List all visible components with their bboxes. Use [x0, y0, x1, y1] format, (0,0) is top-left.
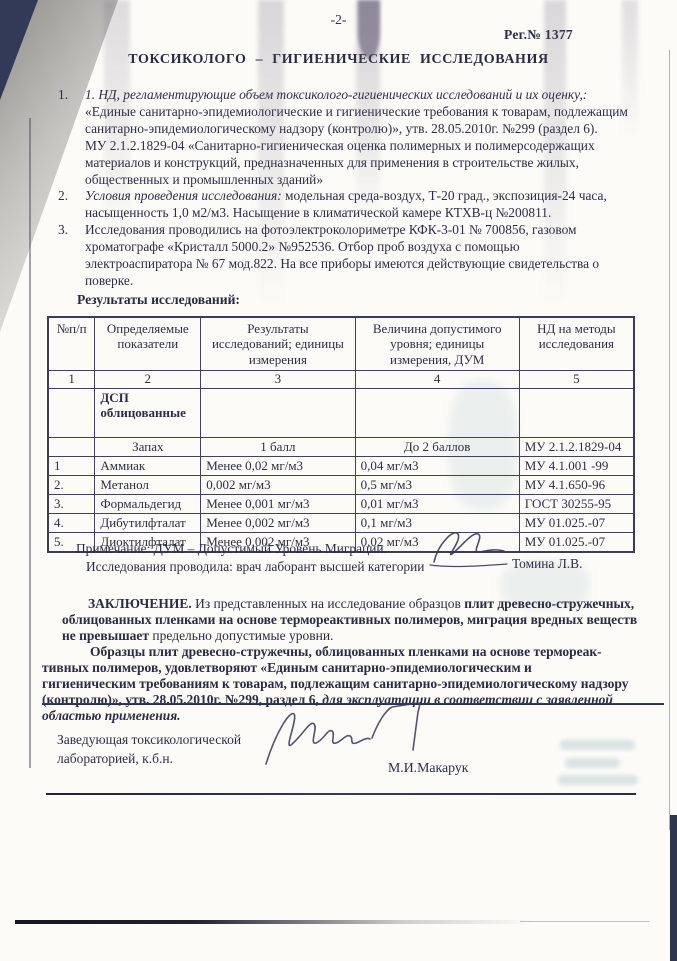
table-cell: 2. — [48, 476, 95, 495]
scan-streak — [358, 0, 380, 58]
table-cell — [355, 389, 519, 438]
note-block: Примечание: ДУМ – Допустимый Уровень Миг… — [76, 540, 424, 575]
list-item-marker: 2. — [58, 188, 85, 222]
table-cell — [48, 389, 95, 438]
table-cell: 3. — [48, 495, 95, 514]
table-cell: Дибутилфталат — [95, 514, 201, 533]
scan-left-edge-line — [29, 118, 31, 768]
table-cell: Аммиак — [95, 457, 201, 476]
list-item-body: Исследования проводились на фотоэлектрок… — [85, 222, 599, 288]
table-cell — [519, 389, 634, 438]
table-cell: До 2 баллов — [355, 438, 519, 457]
index-cell: 1 — [48, 371, 95, 389]
table-index-row: 1 2 3 4 5 — [48, 371, 634, 389]
table-cell: Формальдегид — [95, 495, 201, 514]
index-cell: 4 — [355, 371, 519, 389]
table-cell: 1 балл — [201, 438, 355, 457]
scan-right-edge-bar — [670, 815, 677, 961]
table-cell: Менее 0,02 мг/м3 — [201, 457, 355, 476]
table-row: 3. Формальдегид Менее 0,001 мг/м3 0,01 м… — [48, 495, 634, 514]
numbered-list: 1. 1. НД, регламентирующие объем токсико… — [58, 87, 640, 290]
index-cell: 2 — [95, 371, 201, 389]
table-row: Запах 1 балл До 2 баллов МУ 2.1.2.1829-0… — [48, 438, 634, 457]
list-item: 3. Исследования проводились на фотоэлект… — [58, 222, 640, 290]
list-item-body: «Единые санитарно-эпидемиологические и г… — [85, 104, 628, 187]
makaruk-signature — [258, 700, 433, 778]
table-cell — [48, 438, 95, 457]
table-cell: Менее 0,001 мг/м3 — [201, 495, 355, 514]
table-cell: 4. — [48, 514, 95, 533]
table-cell: МУ 01.025.-07 — [519, 514, 634, 533]
registration-number: Рег.№ 1377 — [504, 27, 573, 43]
results-table: №п/п Определяемые показатели Результаты … — [47, 316, 635, 553]
table-cell: 0,01 мг/м3 — [355, 495, 519, 514]
table-cell: Запах — [95, 438, 201, 457]
list-item: 2. Условия проведения исследования: моде… — [58, 188, 640, 222]
results-heading: Результаты исследований: — [77, 292, 240, 308]
scan-bottom-edge-line — [15, 920, 535, 924]
table-cell: МУ 4.1.650-96 — [519, 476, 634, 495]
scan-bleedthrough-line — [560, 740, 635, 750]
table-row: 4. Дибутилфталат Менее 0,002 мг/м3 0,1 м… — [48, 514, 634, 533]
document-title: ТОКСИКОЛОГО – ГИГИЕНИЧЕСКИЕ ИССЛЕДОВАНИЯ — [0, 52, 677, 68]
horizontal-rule — [46, 793, 636, 795]
signoff-position: Заведующая токсикологической лабораторие… — [57, 730, 241, 768]
scanned-document-page: { "page": { "number": "-2-", "reg": "Рег… — [0, 0, 677, 961]
table-cell: МУ 2.1.2.1829-04 — [519, 438, 634, 457]
table-cell: 0,002 мг/м3 — [201, 476, 355, 495]
list-item-marker: 3. — [58, 222, 85, 290]
scan-bleedthrough-line — [565, 758, 620, 768]
header-cell: Результаты исследований; единицы измерен… — [201, 317, 355, 371]
scan-bleedthrough-line — [558, 775, 638, 785]
list-item-marker: 1. — [58, 87, 85, 188]
conclusion-label: ЗАКЛЮЧЕНИЕ. — [88, 596, 192, 611]
index-cell: 3 — [201, 371, 355, 389]
table-header-row: №п/п Определяемые показатели Результаты … — [48, 317, 634, 371]
analyst-name: Томина Л.В. — [512, 556, 582, 572]
table-group-row: ДСП облицованные — [48, 389, 634, 438]
table-cell — [201, 389, 355, 438]
list-item-lead: Условия проведения исследования: — [85, 188, 282, 203]
table-cell: ДСП облицованные — [95, 389, 201, 438]
index-cell: 5 — [519, 371, 634, 389]
table-cell: ГОСТ 30255-95 — [519, 495, 634, 514]
header-cell: Величина допустимого уровня; единицы изм… — [355, 317, 519, 371]
table-cell: 0,04 мг/м3 — [355, 457, 519, 476]
page-number: -2- — [0, 12, 677, 28]
table-cell: 0,5 мг/м3 — [355, 476, 519, 495]
table-cell: 1 — [48, 457, 95, 476]
header-cell: НД на методы исследования — [519, 317, 634, 371]
list-item: 1. 1. НД, регламентирующие объем токсико… — [58, 87, 640, 188]
table-cell: МУ 01.025.-07 — [519, 533, 634, 553]
conclusion-text: Из представленных на исследование образц… — [195, 596, 461, 611]
list-item-lead: 1. НД, регламентирующие объем токсиколог… — [85, 87, 640, 104]
table-cell: Менее 0,002 мг/м3 — [201, 514, 355, 533]
table-cell: МУ 4.1.001 -99 — [519, 457, 634, 476]
note-line: Исследования проводила: врач лаборант вы… — [86, 558, 424, 576]
results-table-wrap: №п/п Определяемые показатели Результаты … — [47, 316, 635, 553]
header-cell: №п/п — [48, 317, 95, 371]
tomina-signature — [428, 524, 510, 572]
scan-right-edge-line — [669, 50, 670, 830]
table-row: 1 Аммиак Менее 0,02 мг/м3 0,04 мг/м3 МУ … — [48, 457, 634, 476]
scan-bottom-edge-line — [520, 921, 650, 922]
table-row: 2. Метанол 0,002 мг/м3 0,5 мг/м3 МУ 4.1.… — [48, 476, 634, 495]
note-line: Примечание: ДУМ – Допустимый Уровень Миг… — [76, 540, 424, 558]
conclusion-text: предельно допустимые уровни. — [152, 628, 333, 643]
header-cell: Определяемые показатели — [95, 317, 201, 371]
table-cell: Метанол — [95, 476, 201, 495]
conclusion-paragraph-1: ЗАКЛЮЧЕНИЕ. Из представленных на исследо… — [62, 596, 656, 644]
